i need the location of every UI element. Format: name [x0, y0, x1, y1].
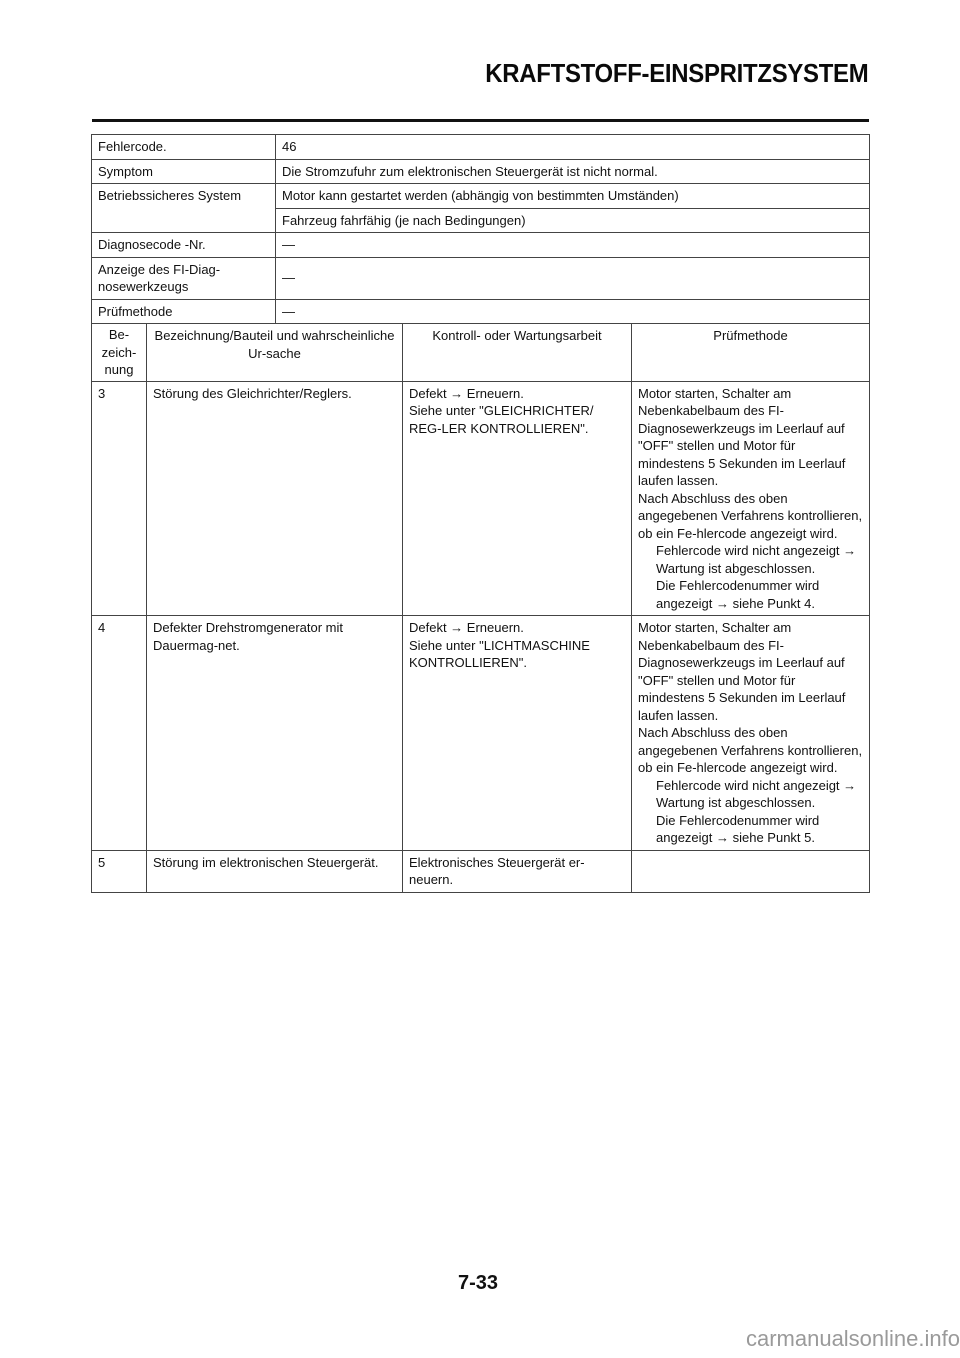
column-header-row: Be-zeich-nung Bezeichnung/Bauteil und wa…: [92, 324, 870, 382]
betrieb-value-1: Motor kann gestartet werden (abhängig vo…: [276, 184, 870, 209]
action-line-1: Defekt → Erneuern.: [409, 619, 625, 637]
pruef-value: —: [276, 299, 870, 324]
page-title: KRAFTSTOFF-EINSPRITZSYSTEM: [485, 58, 868, 89]
row-num: 5: [92, 850, 147, 892]
anzeige-label: Anzeige des FI-Diag-nosewerkzeugs: [92, 257, 276, 299]
header-action: Kontroll- oder Wartungsarbeit: [403, 324, 632, 382]
fehlercode-value: 46: [276, 135, 870, 160]
method-result-ok: Fehlercode wird nicht angezeigt → Wartun…: [638, 777, 863, 812]
header-num: Be-zeich-nung: [92, 324, 147, 382]
row-method: [632, 850, 870, 892]
row-action: Elektronisches Steuergerät er-neuern.: [403, 850, 632, 892]
action-line-1: Defekt → Erneuern.: [409, 385, 625, 403]
action-line-1: Elektronisches Steuergerät er-neuern.: [409, 854, 625, 889]
info-row-anzeige: Anzeige des FI-Diag-nosewerkzeugs —: [92, 257, 870, 299]
row-action: Defekt → Erneuern. Siehe unter "LICHTMAS…: [403, 616, 632, 851]
betrieb-label: Betriebssicheres System: [92, 184, 276, 233]
page-number: 7-33: [458, 1272, 498, 1295]
table-row: 5 Störung im elektronischen Steuergerät.…: [92, 850, 870, 892]
method-result-code: Die Fehlercodenummer wird angezeigt → si…: [638, 577, 863, 612]
watermark: carmanualsonline.info: [746, 1326, 960, 1352]
row-num: 3: [92, 381, 147, 616]
row-action: Defekt → Erneuern. Siehe unter "GLEICHRI…: [403, 381, 632, 616]
row-method: Motor starten, Schalter am Nebenkabelbau…: [632, 381, 870, 616]
pruef-label: Prüfmethode: [92, 299, 276, 324]
table-row: 4 Defekter Drehstromgenerator mit Dauerm…: [92, 616, 870, 851]
method-step-1: Motor starten, Schalter am Nebenkabelbau…: [638, 385, 863, 490]
row-cause: Defekter Drehstromgenerator mit Dauermag…: [147, 616, 403, 851]
method-step-2: Nach Abschluss des oben angegebenen Verf…: [638, 490, 863, 543]
fehlercode-label: Fehlercode.: [92, 135, 276, 160]
row-method: Motor starten, Schalter am Nebenkabelbau…: [632, 616, 870, 851]
symptom-label: Symptom: [92, 159, 276, 184]
info-row-symptom: Symptom Die Stromzufuhr zum elektronisch…: [92, 159, 870, 184]
action-line-2: Siehe unter "LICHTMASCHINE KONTROLLIEREN…: [409, 637, 625, 672]
diagnosis-table: Fehlercode. 46 Symptom Die Stromzufuhr z…: [91, 134, 870, 893]
info-row-pruef: Prüfmethode —: [92, 299, 870, 324]
row-num: 4: [92, 616, 147, 851]
method-result-code: Die Fehlercodenummer wird angezeigt → si…: [638, 812, 863, 847]
row-cause: Störung im elektronischen Steuergerät.: [147, 850, 403, 892]
method-step-2: Nach Abschluss des oben angegebenen Verf…: [638, 724, 863, 777]
betrieb-value-2: Fahrzeug fahrfähig (je nach Bedingungen): [276, 208, 870, 233]
info-row-diagnosecode: Diagnosecode -Nr. —: [92, 233, 870, 258]
info-row-fehlercode: Fehlercode. 46: [92, 135, 870, 160]
method-result-ok: Fehlercode wird nicht angezeigt → Wartun…: [638, 542, 863, 577]
diagnosecode-value: —: [276, 233, 870, 258]
header-cause: Bezeichnung/Bauteil und wahrscheinliche …: [147, 324, 403, 382]
action-line-2: Siehe unter "GLEICHRICHTER/ REG-LER KONT…: [409, 402, 625, 437]
anzeige-label-text: Anzeige des FI-Diag-nosewerkzeugs: [98, 262, 220, 295]
table-row: 3 Störung des Gleichrichter/Reglers. Def…: [92, 381, 870, 616]
anzeige-value: —: [276, 257, 870, 299]
info-row-betrieb: Betriebssicheres System Motor kann gesta…: [92, 184, 870, 209]
diagnosecode-label: Diagnosecode -Nr.: [92, 233, 276, 258]
symptom-value: Die Stromzufuhr zum elektronischen Steue…: [276, 159, 870, 184]
method-step-1: Motor starten, Schalter am Nebenkabelbau…: [638, 619, 863, 724]
title-rule: [92, 119, 869, 122]
row-cause: Störung des Gleichrichter/Reglers.: [147, 381, 403, 616]
header-method: Prüfmethode: [632, 324, 870, 382]
